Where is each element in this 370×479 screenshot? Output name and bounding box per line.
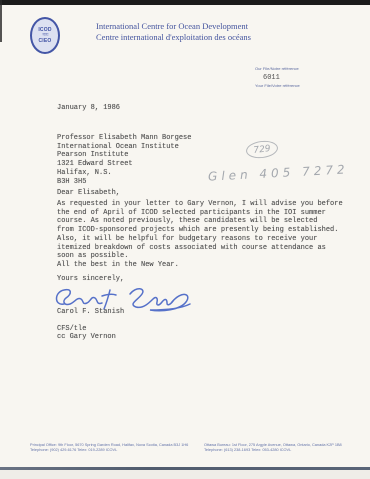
org-name-english: International Centre for Ocean Developme… xyxy=(96,21,251,32)
footer-right-phone: Telephone: (613) 238-1693 Telex: 053-428… xyxy=(204,448,342,451)
footer-right-address: Ottawa Bureau: 1st Floor, 275 Argyle Ave… xyxy=(204,443,342,446)
scan-edge-left xyxy=(0,0,2,42)
footer-left-phone: Telephone: (902) 429-6176 Telex: 019-228… xyxy=(30,448,188,451)
scan-edge-bottom xyxy=(0,470,370,479)
logo-text-bottom: CIEO xyxy=(38,39,51,44)
our-file-number: 6011 xyxy=(263,74,332,82)
recipient-address-block: Professor Elisabeth Mann Borgese Interna… xyxy=(57,134,191,186)
circled-number-text: 729 xyxy=(253,143,271,155)
icod-logo: ICOD ≈≈≈ CIEO xyxy=(30,17,60,54)
our-file-label: Our File/Notre référence xyxy=(255,67,300,70)
your-file-label: Your File/Votre référence xyxy=(255,84,300,87)
cc-line: cc Gary Vernon xyxy=(57,333,116,342)
file-reference-block: Our File/Notre référence 6011 Your File/… xyxy=(255,67,332,89)
footer-ottawa-bureau: Ottawa Bureau: 1st Floor, 275 Argyle Ave… xyxy=(204,443,370,453)
body-paragraph-1: As requested in your letter to Gary Vern… xyxy=(57,200,349,261)
letter-date: January 8, 1986 xyxy=(57,104,120,113)
salutation: Dear Elisabeth, xyxy=(57,189,120,198)
scanned-letter-page: ICOD ≈≈≈ CIEO International Centre for O… xyxy=(0,0,370,479)
typed-signer-name: Carol F. Stanish xyxy=(57,308,124,317)
letterhead-org-names: International Centre for Ocean Developme… xyxy=(96,21,251,42)
scan-edge-top xyxy=(0,0,370,5)
org-name-french: Centre international d'exploitation des … xyxy=(96,32,251,43)
handwritten-phone-note: Glen 405 7272 xyxy=(208,162,349,183)
closing-phrase: Yours sincerely, xyxy=(57,275,124,284)
footer-left-address: Principal Office: 9th Floor, 5670 Spring… xyxy=(30,443,188,446)
body-paragraph-2: All the best in the New Year. xyxy=(57,261,179,270)
handwritten-circled-number: 729 xyxy=(245,139,279,160)
